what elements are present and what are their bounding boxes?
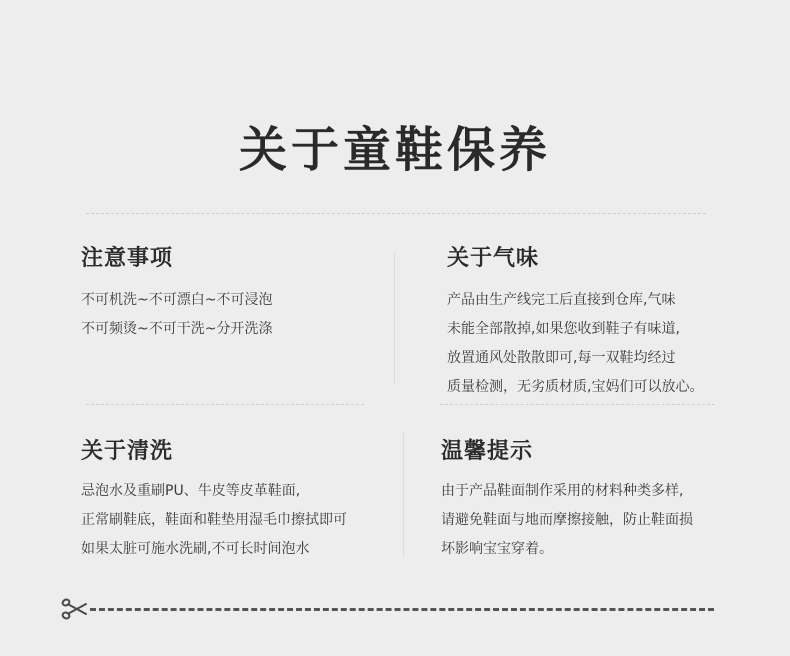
section-notice: 注意事项 不可机洗~不可漂白~不可浸泡 不可频烫~不可干洗~分开洗涤 xyxy=(81,244,272,344)
section-tips: 温馨提示 由于产品鞋面制作采用的材料种类多样, 请避免鞋面与地而摩擦接触，防止鞋… xyxy=(441,437,693,564)
section-line: 请避免鞋面与地而摩擦接触，防止鞋面损 xyxy=(441,506,693,535)
section-line: 质量检测，无劣质材质,宝妈们可以放心。 xyxy=(447,373,703,402)
section-line: 正常刷鞋底，鞋面和鞋垫用湿毛巾擦拭即可 xyxy=(81,506,347,535)
section-line: 忌泡水及重刷PU、牛皮等皮革鞋面, xyxy=(81,477,347,506)
section-line: 不可频烫~不可干洗~分开洗涤 xyxy=(81,315,272,344)
divider-vertical-bottom xyxy=(403,432,404,557)
divider-middle-left xyxy=(86,404,364,405)
section-line: 未能全部散掉,如果您收到鞋子有味道, xyxy=(447,315,703,344)
divider-top xyxy=(86,213,706,214)
dashed-cut-line xyxy=(90,608,714,611)
section-odor: 关于气味 产品由生产线完工后直接到仓库,气味 未能全部散掉,如果您收到鞋子有味道… xyxy=(447,244,703,402)
section-heading: 温馨提示 xyxy=(441,437,693,467)
section-line: 产品由生产线完工后直接到仓库,气味 xyxy=(447,286,703,315)
section-cleaning: 关于清洗 忌泡水及重刷PU、牛皮等皮革鞋面, 正常刷鞋底，鞋面和鞋垫用湿毛巾擦拭… xyxy=(81,437,347,564)
section-heading: 关于气味 xyxy=(447,244,703,274)
section-heading: 注意事项 xyxy=(81,244,272,274)
section-line: 不可机洗~不可漂白~不可浸泡 xyxy=(81,286,272,315)
divider-middle-right xyxy=(440,404,715,405)
section-line: 放置通风处散散即可,每一双鞋均经过 xyxy=(447,344,703,373)
scissors-icon xyxy=(60,598,88,620)
cut-line xyxy=(60,598,720,620)
page-title: 关于童鞋保养 xyxy=(0,118,790,182)
section-heading: 关于清洗 xyxy=(81,437,347,467)
divider-vertical-top xyxy=(394,252,395,384)
section-line: 如果太脏可施水洗刷,不可长时间泡水 xyxy=(81,535,347,564)
section-line: 由于产品鞋面制作采用的材料种类多样, xyxy=(441,477,693,506)
section-line: 坏影响宝宝穿着。 xyxy=(441,535,693,564)
